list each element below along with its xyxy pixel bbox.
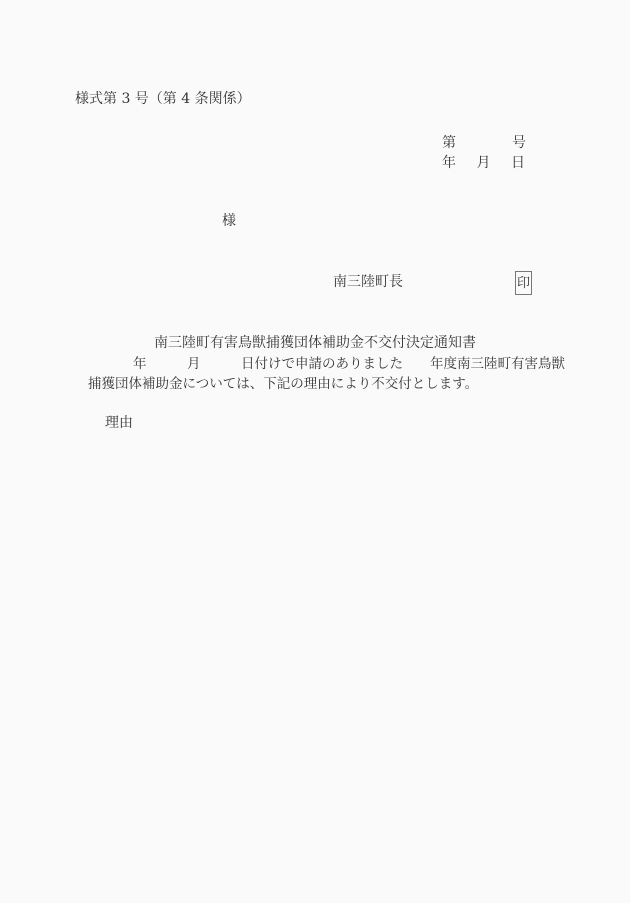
document-page: { "page": { "background": "#fafafa", "te… — [0, 0, 630, 903]
reason-section-label: 理由 — [105, 416, 133, 430]
seal-label: 印 — [517, 277, 530, 290]
date-year-label: 年 — [442, 156, 456, 170]
date-month-label: 月 — [477, 156, 491, 170]
document-title: 南三陸町有害鳥獣捕獲団体補助金不交付決定通知書 — [0, 336, 630, 350]
document-number-prefix: 第 — [442, 136, 456, 150]
form-style-label: 様式第 3 号（第 4 条関係） — [75, 92, 251, 106]
addressee-honorific: 様 — [222, 214, 236, 228]
document-number-line: 第 号 — [442, 136, 526, 150]
body-paragraph-line2: 捕獲団体補助金については、下記の理由により不交付とします。 — [88, 378, 478, 392]
seal-box: 印 — [515, 271, 532, 295]
sender-title: 南三陸町長 — [333, 275, 403, 289]
body-paragraph-line1: 年 月 日付けで申請のありました 年度南三陸町有害鳥獣 — [133, 358, 565, 372]
document-number-suffix: 号 — [512, 136, 526, 150]
date-day-label: 日 — [511, 156, 525, 170]
date-line: 年 月 日 — [442, 156, 525, 170]
